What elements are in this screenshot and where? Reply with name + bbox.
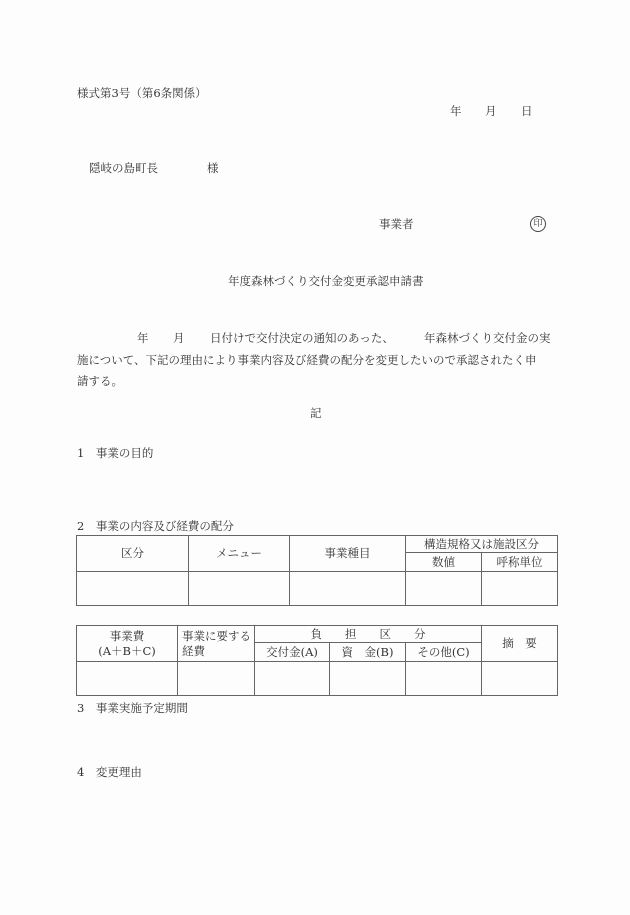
seal-icon: 印 [530, 215, 546, 232]
header-tekiyou: 摘 要 [482, 626, 558, 662]
header-jigyohi: 事業費(A＋B＋C) [77, 626, 178, 662]
cell-suuchi[interactable] [406, 572, 482, 606]
header-jigyo-shumoku: 事業種目 [290, 536, 406, 572]
content-cost-table: 区分 メニュー 事業種目 構造規格又は施設区分 数値 呼称単位 [76, 535, 558, 606]
body-line3: 請する。 [77, 373, 123, 389]
date-year-label: 年 [450, 103, 462, 119]
cell-koshou-tani[interactable] [482, 572, 558, 606]
body-month: 月 [173, 330, 185, 346]
cell-menu[interactable] [189, 572, 290, 606]
table-row [77, 572, 558, 606]
header-koufukin: 交付金(A) [255, 643, 330, 662]
header-menu: メニュー [189, 536, 290, 572]
table-row [77, 662, 558, 696]
date-month-label: 月 [485, 103, 497, 119]
cell-koufukin[interactable] [255, 662, 330, 696]
cost-burden-table: 事業費(A＋B＋C) 事業に要する経費 負 担 区 分 摘 要 交付金(A) 資… [76, 625, 558, 696]
header-kouzou: 構造規格又は施設区分 [406, 536, 558, 553]
cell-shikin[interactable] [330, 662, 406, 696]
header-sonota: その他(C) [406, 643, 482, 662]
date-day-label: 日 [521, 103, 533, 119]
header-koshou-tani: 呼称単位 [482, 553, 558, 572]
applicant-label: 事業者 [379, 216, 414, 232]
body-line2: 施について、下記の理由により事業内容及び経費の配分を変更したいので承認されたく申 [77, 352, 537, 368]
cell-jigyo-shumoku[interactable] [290, 572, 406, 606]
section-2-heading: 2 事業の内容及び経費の配分 [77, 518, 234, 534]
ki-heading: 記 [310, 405, 322, 421]
header-youkeihi: 事業に要する経費 [178, 626, 255, 662]
cell-jigyohi[interactable] [77, 662, 178, 696]
body-year: 年 [137, 330, 149, 346]
document-title: 年度森林づくり交付金変更承認申請書 [228, 273, 424, 289]
header-kubun: 区分 [77, 536, 189, 572]
section-4-heading: 4 変更理由 [77, 764, 142, 780]
form-number: 様式第3号（第6条関係） [77, 85, 207, 101]
cell-sonota[interactable] [406, 662, 482, 696]
cell-kubun[interactable] [77, 572, 189, 606]
cell-youkeihi[interactable] [178, 662, 255, 696]
header-shikin: 資 金(B) [330, 643, 406, 662]
section-3-heading: 3 事業実施予定期間 [77, 700, 188, 716]
section-1-heading: 1 事業の目的 [77, 445, 153, 461]
addressee-honorific: 様 [207, 160, 219, 176]
header-futan: 負 担 区 分 [255, 626, 482, 643]
addressee-name: 隠岐の島町長 [89, 160, 158, 176]
body-line1-end: 年森林づくり交付金の実 [424, 330, 551, 346]
header-suuchi: 数値 [406, 553, 482, 572]
body-line1-text: 日付けで交付決定の通知のあった、 [210, 330, 394, 346]
cell-tekiyou[interactable] [482, 662, 558, 696]
